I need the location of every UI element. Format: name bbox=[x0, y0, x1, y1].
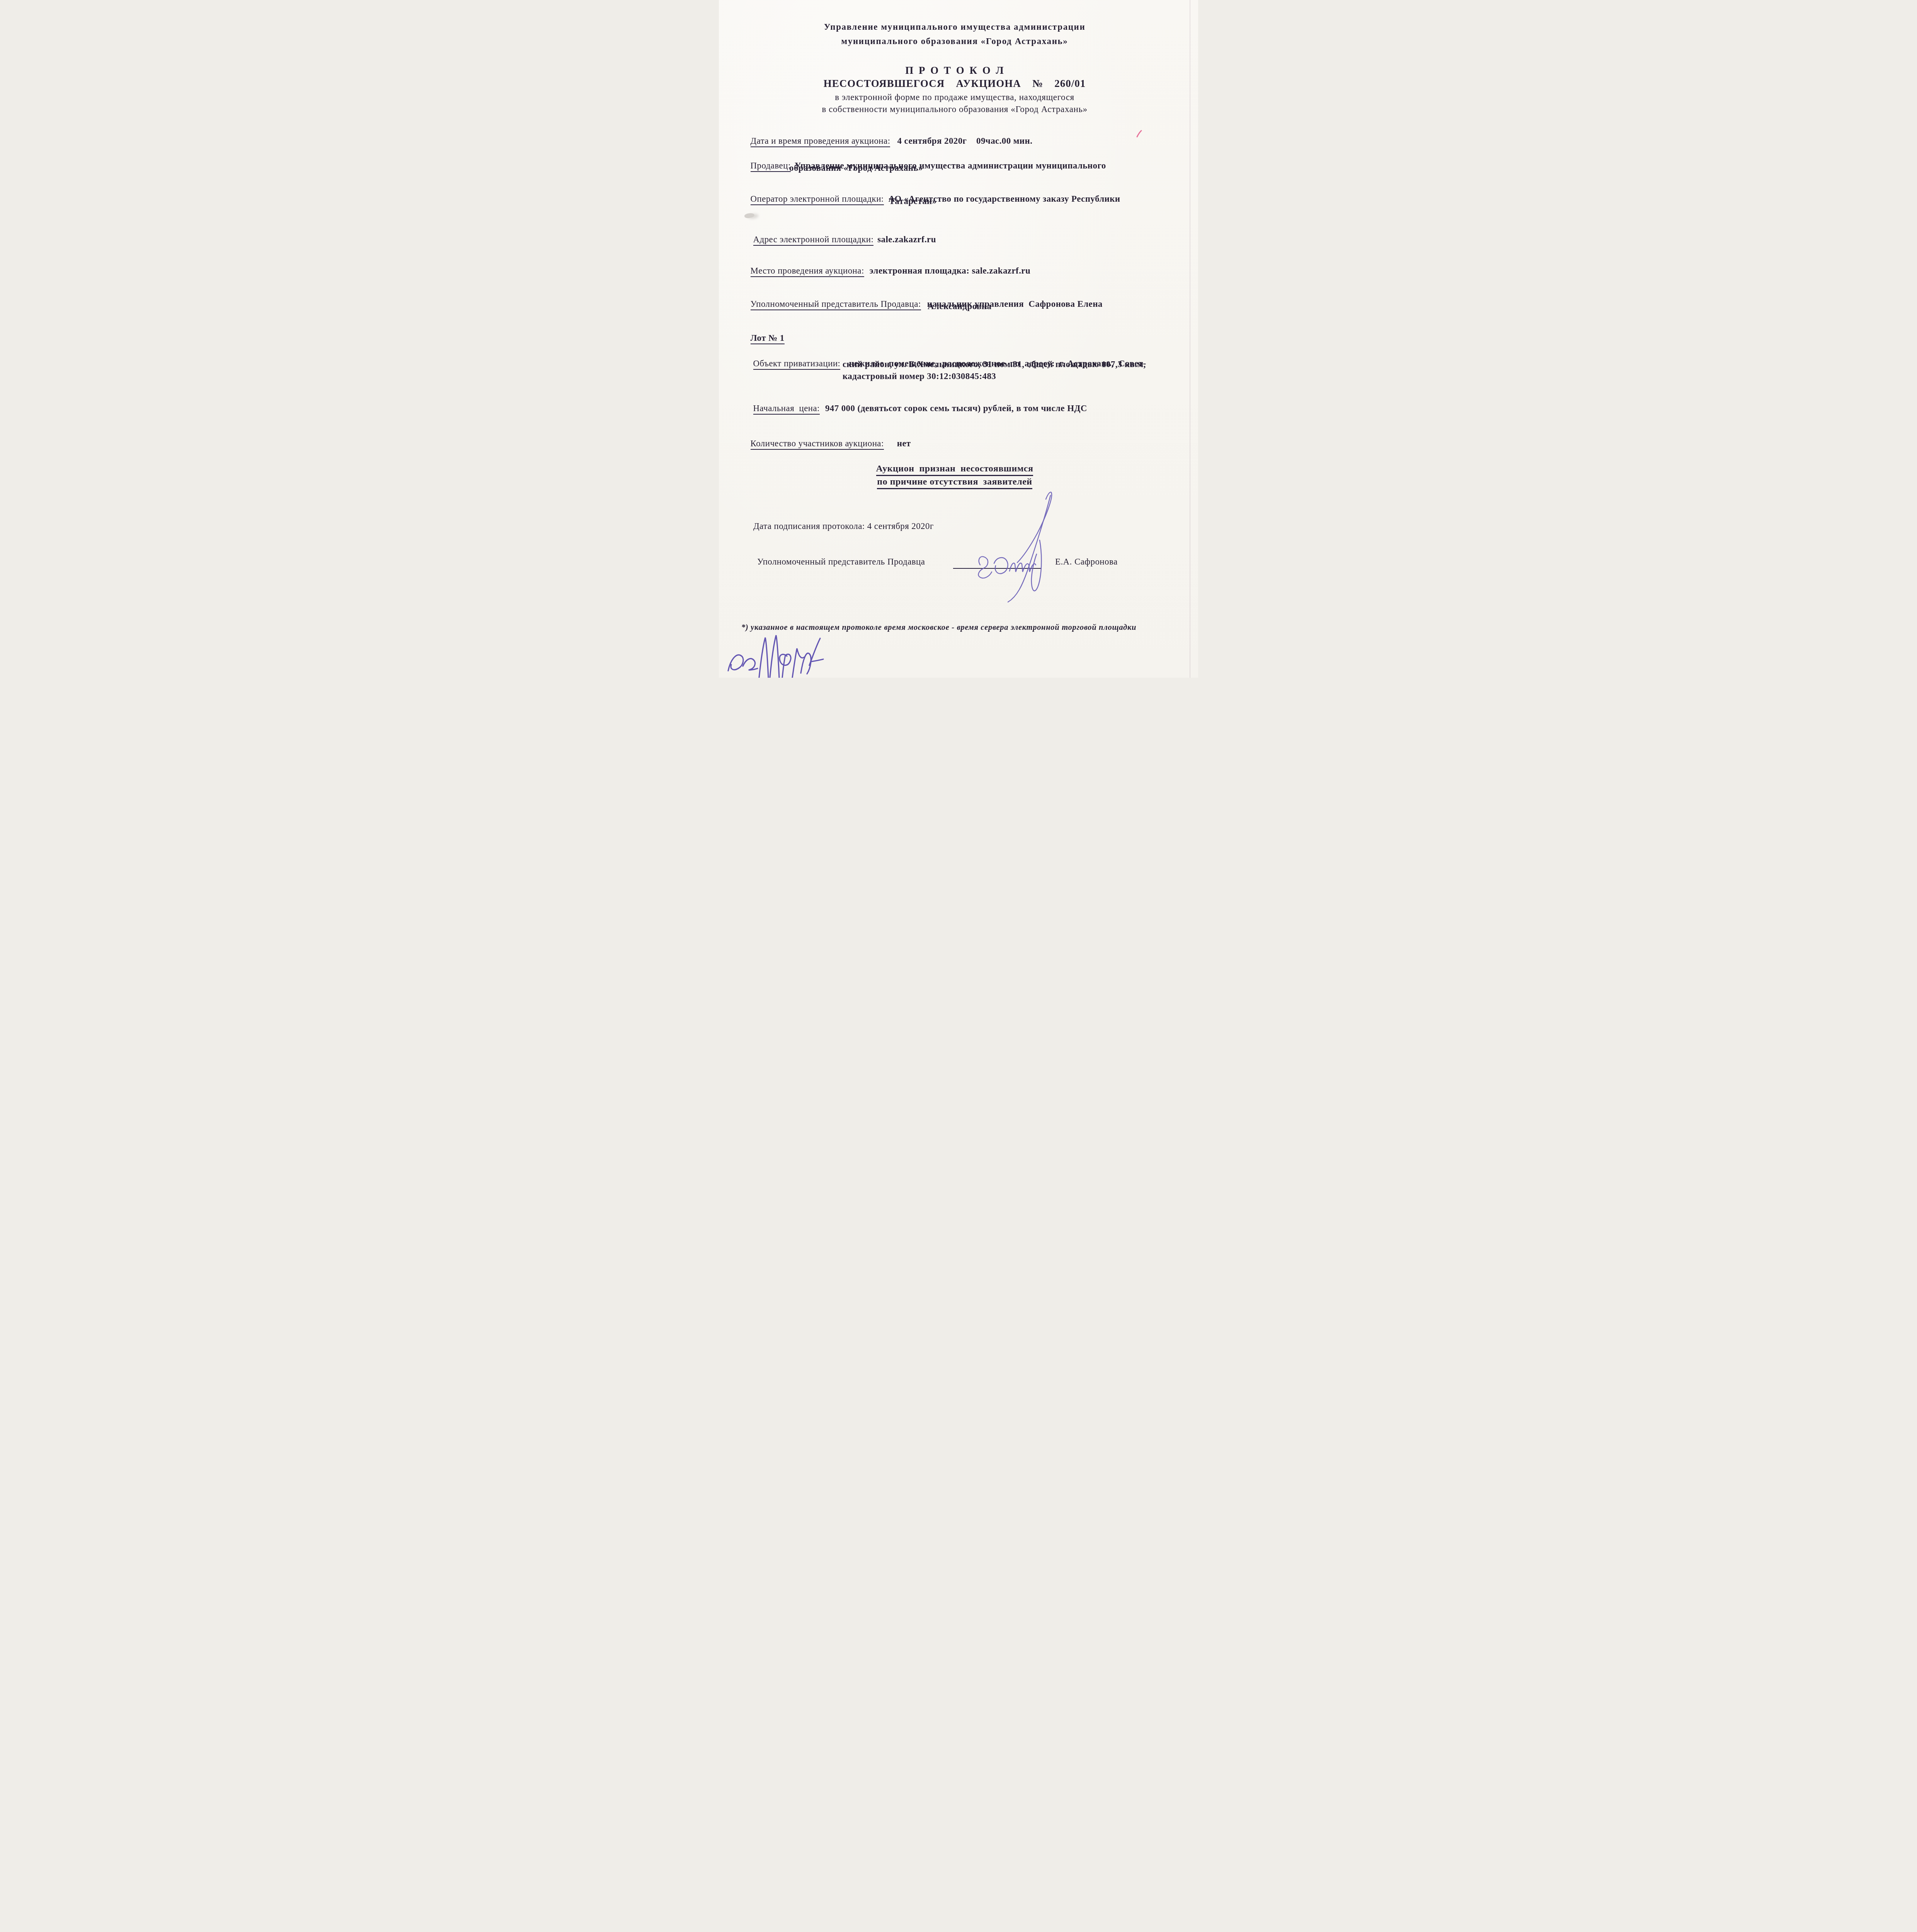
resolution-line-2: по причине отсутствия заявителей bbox=[719, 476, 1190, 488]
starting-price-value: 947 000 (девятьсот сорок семь тысяч) руб… bbox=[825, 403, 1087, 413]
starting-price-label: Начальная цена: bbox=[753, 403, 820, 415]
privatization-object-line-3: кадастровый номер 30:12:030845:483 bbox=[843, 371, 996, 382]
field-starting-price: Начальная цена:947 000 (девятьсот сорок … bbox=[744, 392, 1087, 425]
venue-label: Место проведения аукциона: bbox=[751, 266, 864, 277]
signer-name: Е.А. Сафронова bbox=[1055, 556, 1118, 568]
scribble-tail bbox=[812, 659, 823, 662]
field-venue: Место проведения аукциона:электронная пл… bbox=[741, 254, 1030, 287]
scribble-tall-spikes bbox=[759, 635, 779, 678]
seller-value-line-2: образования «Город Астрахань» bbox=[789, 163, 923, 174]
bottom-signature-scribble bbox=[728, 635, 823, 678]
scanned-protocol-document: Управление муниципального имущества адми… bbox=[719, 0, 1198, 678]
field-platform-address: Адрес электронной площадки:sale.zakazrf.… bbox=[744, 223, 936, 256]
seller-label: Продавец: bbox=[751, 161, 791, 172]
operator-value-line-2: Татарстан» bbox=[889, 196, 937, 207]
field-representative: Уполномоченный представитель Продавца:на… bbox=[741, 287, 1103, 321]
scribble-right-loop bbox=[801, 653, 811, 674]
signature-long-stroke bbox=[1008, 495, 1050, 602]
resolution-line-1: Аукцион признан несостоявшимся bbox=[719, 463, 1190, 474]
venue-value: электронная площадка: sale.zakazrf.ru bbox=[870, 266, 1030, 276]
platform-address-label: Адрес электронной площадки: bbox=[753, 235, 874, 246]
platform-address-value: sale.zakazrf.ru bbox=[877, 235, 936, 244]
scribble-f-loop bbox=[780, 654, 791, 678]
auction-datetime-value: 4 сентября 2020г 09час.00 мин. bbox=[897, 136, 1032, 146]
representative-value-line-2: Александровна bbox=[928, 301, 991, 312]
signature-representative-label: Уполномоченный представитель Продавца bbox=[757, 556, 925, 568]
signature-blank-line bbox=[953, 557, 1041, 569]
pink-pen-tick bbox=[1137, 131, 1141, 137]
org-header-line-2: муниципального образования «Город Астрах… bbox=[719, 36, 1190, 47]
title-subline-2: в собственности муниципального образован… bbox=[719, 104, 1190, 115]
participants-label: Количество участников аукциона: bbox=[751, 439, 884, 450]
document-title: П Р О Т О К О Л bbox=[719, 64, 1190, 77]
scan-edge-line bbox=[1190, 0, 1190, 678]
auction-datetime-label: Дата и время проведения аукциона: bbox=[751, 136, 890, 147]
footnote-text: *) указанное в настоящем протоколе время… bbox=[741, 623, 1136, 633]
representative-label: Уполномоченный представитель Продавца: bbox=[751, 299, 921, 310]
privatization-object-line-2: ский район, ул. Б.Хмельницкого, 31 пом.3… bbox=[843, 359, 1146, 370]
scribble-le-loops bbox=[728, 655, 758, 671]
operator-label: Оператор электронной площадки: bbox=[751, 194, 884, 205]
privatization-object-label: Объект приватизации: bbox=[753, 359, 841, 370]
signing-date-line: Дата подписания протокола: 4 сентября 20… bbox=[753, 521, 934, 532]
signature-flourish-stroke bbox=[1017, 492, 1052, 563]
scribble-r-stroke bbox=[792, 648, 805, 678]
official-signature bbox=[978, 492, 1052, 602]
auction-number-title: НЕСОСТОЯВШЕГОСЯ АУКЦИОНА № 260/01 bbox=[719, 77, 1190, 90]
org-header-line-1: Управление муниципального имущества адми… bbox=[719, 22, 1190, 33]
scribble-slant-stroke bbox=[809, 638, 820, 665]
field-participants: Количество участников аукциона:нет bbox=[741, 427, 911, 460]
participants-value: нет bbox=[897, 439, 911, 448]
title-subline-1: в электронной форме по продаже имущества… bbox=[719, 92, 1190, 103]
lot-heading-text: Лот № 1 bbox=[751, 333, 785, 344]
